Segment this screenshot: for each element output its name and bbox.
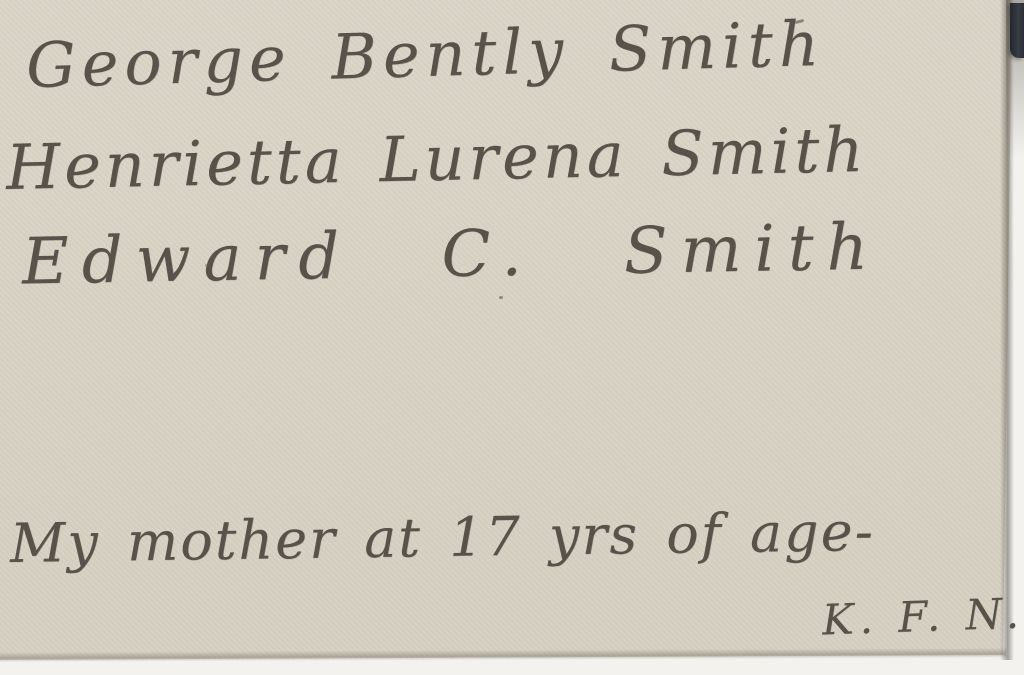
pencil-speck: [205, 264, 209, 267]
handwritten-initials: K. F. N.: [821, 588, 1024, 644]
pencil-speck: [499, 296, 503, 299]
scanned-photo-card: George Bently Smith Henrietta Lurena Smi…: [0, 0, 1024, 675]
dark-clip-object: [1010, 3, 1024, 58]
handwritten-caption: My mother at 17 yrs of age-: [10, 500, 876, 575]
handwritten-name-line-3: Edward C. Smith: [21, 211, 881, 300]
